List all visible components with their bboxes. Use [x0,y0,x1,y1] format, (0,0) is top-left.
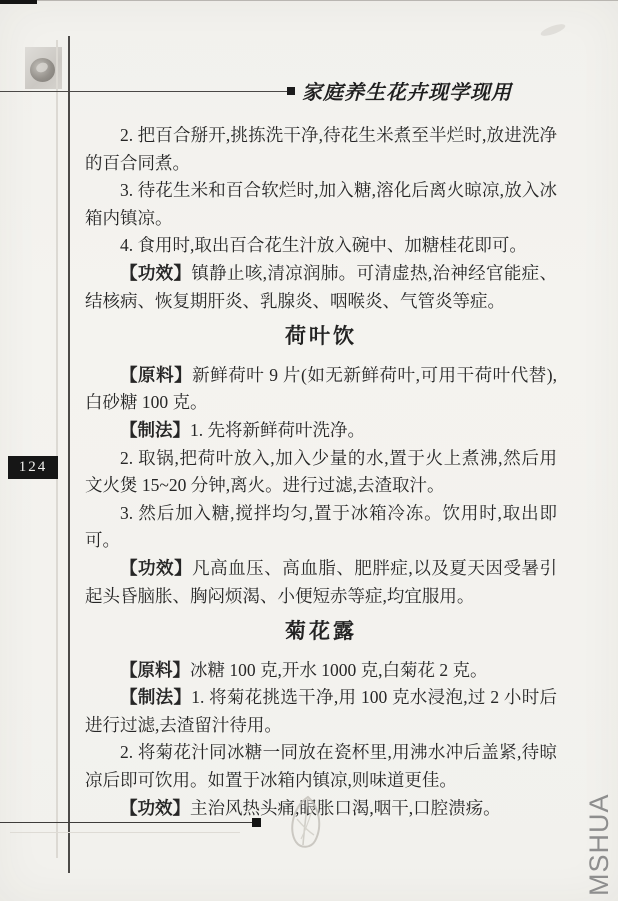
paragraph: 4. 食用时,取出百合花生汁放入碗中、加糖桂花即可。 [85,232,557,260]
margin-rule-light [56,40,58,858]
scan-smudge [539,22,566,38]
paragraph: 【功效】镇静止咳,清凉润肺。可清虚热,治神经官能症、结核病、恢复期肝炎、乳腺炎、… [85,260,557,315]
paragraph-text: 2. 取锅,把荷叶放入,加入少量的水,置于火上煮沸,然后用文火煲 15~20 分… [85,448,557,496]
paragraph: 【制法】1. 将菊花挑选干净,用 100 克水浸泡,过 2 小时后进行过滤,去渣… [85,684,557,739]
scan-artifact [0,0,37,4]
page-body: 2. 把百合掰开,挑拣洗干净,待花生米煮至半烂时,放进洗净的百合同煮。 3. 待… [85,122,557,822]
paragraph-text: 冰糖 100 克,开水 1000 克,白菊花 2 克。 [190,660,488,680]
recipe-title-lotus-leaf-drink: 荷叶饮 [85,323,557,351]
recipe-title-chrysanthemum-dew: 菊花露 [85,618,557,646]
paragraph: 【原料】新鲜荷叶 9 片(如无新鲜荷叶,可用干荷叶代替),白砂糖 100 克。 [85,362,557,417]
paragraph-label: 【原料】 [120,365,192,385]
page-number-badge: 124 [8,456,58,479]
paragraph: 【功效】凡高血压、高血脂、肥胖症,以及夏天因受暑引起头昏脑胀、胸闷烦渴、小便短赤… [85,555,557,610]
scanned-book-page: 家庭养生花卉现学现用 124 2. 把百合掰开,挑拣洗干净,待花生米煮至半烂时,… [0,0,618,901]
margin-rule-dark [68,36,70,873]
paragraph: 【制法】1. 先将新鲜荷叶洗净。 [85,417,557,445]
paragraph-label: 【功效】 [120,263,191,283]
paragraph: 2. 把百合掰开,挑拣洗干净,待花生米煮至半烂时,放进洗净的百合同煮。 [85,122,557,177]
paragraph-text: 2. 把百合掰开,挑拣洗干净,待花生米煮至半烂时,放进洗净的百合同煮。 [85,125,557,173]
paragraph: 【原料】冰糖 100 克,开水 1000 克,白菊花 2 克。 [85,657,557,685]
paragraph-label: 【制法】 [120,420,190,440]
stamp-swirl-icon [30,58,55,82]
paragraph: 2. 取锅,把荷叶放入,加入少量的水,置于火上煮沸,然后用文火煲 15~20 分… [85,445,557,500]
paragraph-text: 3. 然后加入糖,搅拌均匀,置于冰箱冷冻。饮用时,取出即可。 [85,503,557,551]
paragraph-label: 【功效】 [120,798,190,818]
paragraph-text: 主治风热头痛,眼胀口渴,咽干,口腔溃疡。 [190,798,501,818]
scan-top-edge [0,0,618,1]
paragraph: 3. 待花生米和百合软烂时,加入糖,溶化后离火晾凉,放入冰箱内镇凉。 [85,177,557,232]
paragraph: 2. 将菊花汁同冰糖一同放在瓷杯里,用沸水冲后盖紧,待晾凉后即可饮用。如置于冰箱… [85,739,557,794]
paragraph: 3. 然后加入糖,搅拌均匀,置于冰箱冷冻。饮用时,取出即可。 [85,500,557,555]
leaf-watermark-icon [284,793,328,853]
paragraph-label: 【功效】 [120,558,192,578]
paragraph-text: 1. 先将新鲜荷叶洗净。 [190,420,365,440]
paragraph-text: 4. 食用时,取出百合花生汁放入碗中、加糖桂花即可。 [120,235,527,255]
footer-rule-shadow [10,832,240,833]
footer-rule [0,822,257,823]
paragraph-text: 3. 待花生米和百合软烂时,加入糖,溶化后离火晾凉,放入冰箱内镇凉。 [85,180,557,228]
book-title: 家庭养生花卉现学现用 [302,76,602,105]
footer-bullet-icon [252,818,261,827]
paragraph-label: 【原料】 [120,660,190,680]
header-rule [0,91,292,92]
scanner-watermark: MSHUA [584,784,614,896]
paragraph-text: 2. 将菊花汁同冰糖一同放在瓷杯里,用沸水冲后盖紧,待晾凉后即可饮用。如置于冰箱… [85,742,557,790]
header-bullet-icon [287,87,295,95]
paragraph-label: 【制法】 [120,687,191,707]
